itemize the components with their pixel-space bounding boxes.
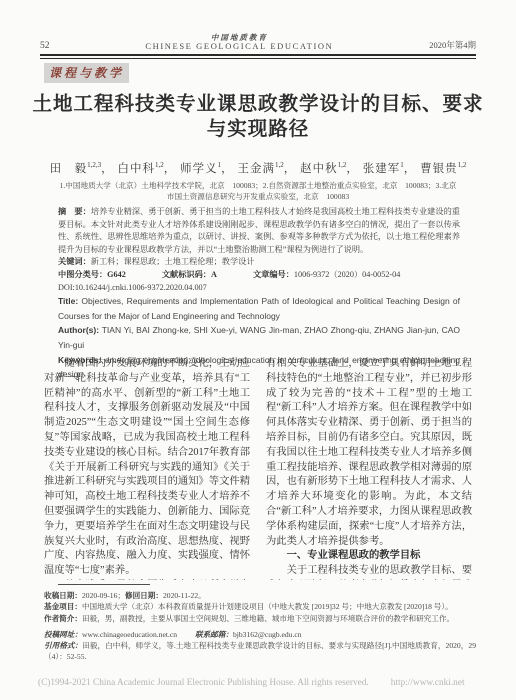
author-separator: ， xyxy=(284,163,297,175)
section-label: 课程与教学 xyxy=(44,63,129,83)
author-separator: ， xyxy=(221,163,234,175)
bio-text: 田毅，男，副教授，主要从事国土空间规划、三维地籍、城市地下空间资源与环境联合评价… xyxy=(82,614,454,623)
author-item: 赵中秋1,2， xyxy=(300,163,359,175)
author-item: 张建军1， xyxy=(363,163,417,175)
doc-code-pair: 文献标识码：A xyxy=(162,270,217,279)
abstract-block: 摘 要：培养专业精深、勇于创新、勇于担当的土地工程科技人才始终是我国高校土地工程… xyxy=(58,206,460,382)
fund-label: 基金项目： xyxy=(44,602,82,611)
article-id-label: 文章编号： xyxy=(253,270,294,279)
author-separator: ， xyxy=(164,163,177,175)
abstract-text: 培养专业精深、勇于创新、勇于担当的土地工程科技人才始终是我国高校土地工程科技类专… xyxy=(58,207,460,254)
author-name: 赵中秋 xyxy=(300,163,338,175)
keywords-label: 关键词： xyxy=(58,257,91,266)
citation-text: 田毅，白中科，师学义，等.土地工程科技类专业课思政教学设计的目标、要求与实现路径… xyxy=(44,641,476,661)
body-columns: 随着国内外发展环境的不断变化，主动应对新一轮科技革命与产业变革，培养具有“工匠精… xyxy=(44,357,472,580)
left-column: 随着国内外发展环境的不断变化，主动应对新一轮科技革命与产业变革，培养具有“工匠精… xyxy=(44,357,250,580)
revised-label: 修回日期： xyxy=(125,591,163,600)
en-title-row: Title: Objectives, Requirements and Impl… xyxy=(58,294,460,323)
bio-row: 作者简介：田毅，男，副教授，主要从事国土空间规划、三维地籍、城市地下空间资源与环… xyxy=(44,613,476,624)
submission-row: 投稿网址：www.chinageoeducation.net.cn联系邮箱：bj… xyxy=(44,629,476,640)
author-name: 王金满 xyxy=(238,163,276,175)
doc-code-value: A xyxy=(211,270,217,279)
en-title-label: Title: xyxy=(58,296,78,306)
journal-title-en: CHINESE GEOLOGICAL EDUCATION xyxy=(145,42,333,51)
section-heading: 一、专业课程思政的教学目标 xyxy=(266,549,472,564)
revised-date: 2020-11-22。 xyxy=(163,591,206,600)
clc-pair: 中图分类号：G642 xyxy=(58,270,126,279)
dates-row: 收稿日期：2020-09-16；修回日期：2020-11-22。 xyxy=(44,590,476,601)
article-id-pair: 文章编号：1006-9372（2020）04-0052-04 xyxy=(253,270,400,279)
received-date: 2020-09-16 xyxy=(82,591,117,600)
footnotes-block: 收稿日期：2020-09-16；修回日期：2020-11-22。 基金项目：中国… xyxy=(44,590,476,663)
article-title: 土地工程科技类专业课思政教学设计的目标、要求 与实现路径 xyxy=(20,92,496,141)
author-superscript: 1,2 xyxy=(458,161,467,169)
classification-row: 中图分类号：G642 文献标识码：A 文章编号：1006-9372（2020）0… xyxy=(58,269,460,282)
author-name: 师学义 xyxy=(180,163,218,175)
en-authors-text: TIAN Yi, BAI Zhong-ke, SHI Xue-yi, WANG … xyxy=(58,325,460,350)
mail-address: bjb3162@cugb.edu.cn xyxy=(233,630,302,639)
authors-line: 田 毅1,2,3， 白中科1,2， 师学义1， 王金满1,2， 赵中秋1,2， … xyxy=(0,160,516,176)
doc-code-label: 文献标识码： xyxy=(162,270,211,279)
received-label: 收稿日期： xyxy=(44,591,82,600)
author-superscript: 1,2 xyxy=(155,161,164,169)
affiliations: 1.中国地质大学（北京）土地科学技术学院，北京 100083；2.自然资源部土地… xyxy=(40,181,476,202)
en-authors-label: Author(s): xyxy=(58,325,99,335)
copyright-text: (C)1994-2021 China Academic Journal Elec… xyxy=(38,678,369,688)
article-id-value: 1006-9372（2020）04-0052-04 xyxy=(294,270,400,279)
journal-title: 中国地质教育 CHINESE GEOLOGICAL EDUCATION xyxy=(145,34,333,52)
affiliation-line-1: 1.中国地质大学（北京）土地科学技术学院，北京 100083；2.自然资源部土地… xyxy=(40,181,476,192)
author-item: 曹银贵1,2 xyxy=(420,163,466,175)
author-name: 白中科 xyxy=(118,163,156,175)
author-item: 白中科1,2， xyxy=(118,163,177,175)
article-title-line-1: 土地工程科技类专业课思政教学设计的目标、要求 xyxy=(20,92,496,117)
right-column: 有相关专业基础上，设立了具有鲜明土地工程科技特色的“土地整治工程专业”，并已初步… xyxy=(266,357,472,580)
header-rule xyxy=(40,54,476,59)
clc-value: G642 xyxy=(107,270,126,279)
paragraph: 从实践看，虽然全国先后有十几所大学在已 xyxy=(44,579,250,580)
copyright-footer: (C)1994-2021 China Academic Journal Elec… xyxy=(38,678,496,688)
author-separator: ， xyxy=(404,163,417,175)
paragraph: 随着国内外发展环境的不断变化，主动应对新一轮科技革命与产业变革，培养具有“工匠精… xyxy=(44,357,250,579)
cnki-url: http://www.cnki.net xyxy=(391,678,465,688)
site-label: 投稿网址： xyxy=(44,630,82,639)
citation-row: 引用格式：田毅，白中科，师学义，等.土地工程科技类专业课思政教学设计的目标、要求… xyxy=(44,640,476,663)
en-title-text: Objectives, Requirements and Implementat… xyxy=(58,296,460,321)
journal-page: 52 中国地质教育 CHINESE GEOLOGICAL EDUCATION 2… xyxy=(0,0,516,700)
author-separator: ， xyxy=(101,163,114,175)
article-title-line-2: 与实现路径 xyxy=(20,117,496,142)
abstract-label: 摘 要： xyxy=(58,207,91,216)
author-name: 曹银贵 xyxy=(420,163,458,175)
page-number: 52 xyxy=(40,41,50,52)
author-separator: ， xyxy=(346,163,359,175)
keywords-row: 关键词：新工科；课程思政；土地工程伦理；教学设计 xyxy=(58,256,460,269)
fund-row: 基金项目：中国地质大学（北京）本科教育质量提升计划建设项目（中地大教发 [201… xyxy=(44,601,476,612)
author-item: 王金满1,2， xyxy=(238,163,297,175)
abstract-row: 摘 要：培养专业精深、勇于创新、勇于担当的土地工程科技人才始终是我国高校土地工程… xyxy=(58,206,460,256)
author-name: 田 毅 xyxy=(50,163,88,175)
author-item: 师学义1， xyxy=(180,163,234,175)
author-superscript: 1,2 xyxy=(275,161,284,169)
fund-text: 中国地质大学（北京）本科教育质量提升计划建设项目（中地大教发 [2019]32 … xyxy=(82,602,453,611)
mail-label: 联系邮箱： xyxy=(195,630,233,639)
date-separator: ； xyxy=(117,591,125,600)
citation-label: 引用格式： xyxy=(44,641,82,650)
author-superscript: 1,2,3 xyxy=(87,161,101,169)
affiliation-line-2: 市国土资源信息研究与开发重点实验室，北京 100083 xyxy=(40,192,476,203)
author-name: 张建军 xyxy=(363,163,401,175)
issue-label: 2020年第4期 xyxy=(429,39,476,52)
author-item: 田 毅1,2,3， xyxy=(50,163,114,175)
paragraph: 有相关专业基础上，设立了具有鲜明土地工程科技特色的“土地整治工程专业”，并已初步… xyxy=(266,357,472,549)
bio-label: 作者简介： xyxy=(44,614,82,623)
keywords-text: 新工科；课程思政；土地工程伦理；教学设计 xyxy=(91,257,255,266)
en-authors-row: Author(s): TIAN Yi, BAI Zhong-ke, SHI Xu… xyxy=(58,323,460,352)
paragraph: 关于工程科技类专业的思政教学目标、要求与实现路径，从事专业知识教育与专门思政教育 xyxy=(266,564,472,580)
clc-label: 中图分类号： xyxy=(58,270,107,279)
running-head: 52 中国地质教育 CHINESE GEOLOGICAL EDUCATION 2… xyxy=(40,34,476,52)
site-url: www.chinageoeducation.net.cn xyxy=(82,630,177,639)
doi-row: DOI:10.16244/j.cnki.1006-9372.2020.04.00… xyxy=(58,282,460,295)
footnote-separator xyxy=(58,584,150,585)
